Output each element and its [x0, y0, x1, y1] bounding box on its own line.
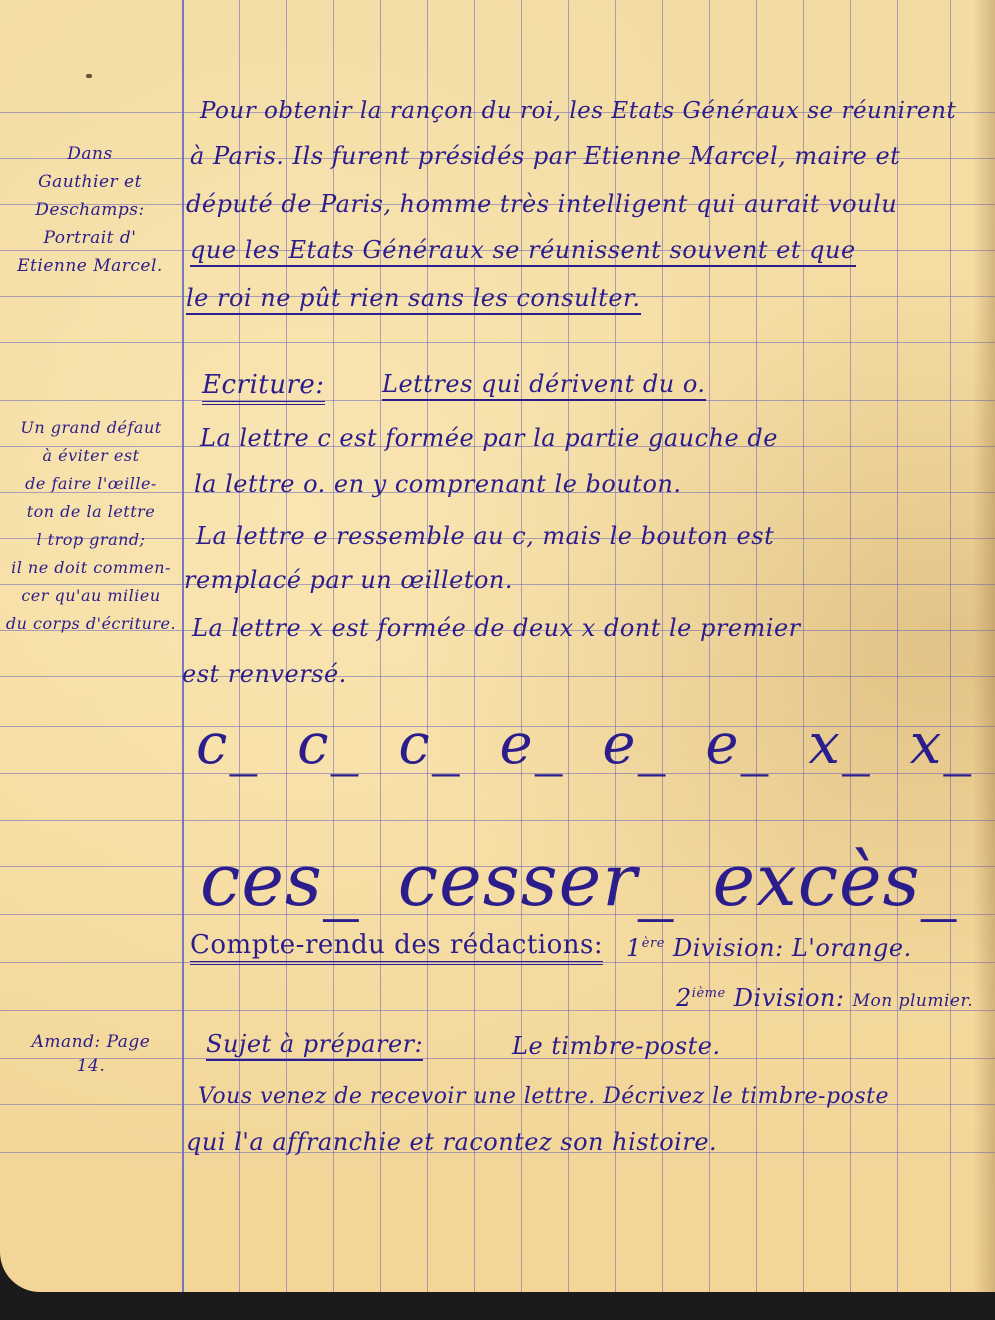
sujet-heading: Sujet à préparer:	[206, 1030, 423, 1058]
division-2-number: 2	[676, 984, 692, 1012]
margin-note-line: l trop grand;	[2, 526, 180, 554]
margin-note-line: Dans	[2, 140, 178, 168]
compte-rendu-heading-text: Compte-rendu des rédactions:	[190, 930, 603, 965]
history-line: le roi ne pût rien sans les consulter.	[186, 284, 641, 312]
practice-letters: c_ c_ c_ e_ e_ e_ x_ x_ x_	[196, 712, 995, 777]
grid-line	[0, 820, 995, 821]
margin-note-line: à éviter est	[2, 442, 180, 470]
division-1-label: Division:	[673, 934, 784, 962]
grid-line	[0, 342, 995, 343]
margin-note-line: de faire l'œille-	[2, 470, 180, 498]
history-line: que les Etats Généraux se réunissent sou…	[190, 236, 856, 264]
division-1-suffix: ère	[642, 936, 665, 951]
margin-note-line: cer qu'au milieu	[2, 582, 180, 610]
margin-note-line: il ne doit commen-	[2, 554, 180, 582]
ecriture-line: remplacé par un œilleton.	[184, 566, 513, 594]
ecriture-line: est renversé.	[182, 660, 347, 688]
margin-note-line: Amand: Page	[2, 1030, 180, 1054]
ecriture-line: La lettre e ressemble au c, mais le bout…	[196, 522, 774, 550]
ecriture-heading-text: Ecriture:	[202, 370, 325, 405]
grid-line	[950, 0, 951, 1292]
sujet-line: Vous venez de recevoir une lettre. Décri…	[198, 1084, 889, 1109]
division-2: 2ième Division: Mon plumier.	[676, 984, 973, 1012]
division-1-number: 1	[626, 934, 642, 962]
ecriture-line: la lettre o. en y comprenant le bouton.	[194, 470, 682, 498]
ecriture-subheading-text: Lettres qui dérivent du o.	[382, 370, 706, 401]
sujet-heading-text: Sujet à préparer:	[206, 1030, 423, 1061]
margin-note-line: Etienne Marcel.	[2, 252, 178, 280]
division-2-label: Division:	[734, 984, 845, 1012]
ecriture-heading: Ecriture:	[202, 370, 325, 400]
division-2-suffix: ième	[692, 986, 726, 1001]
margin-note-source: Dans Gauthier et Deschamps: Portrait d' …	[2, 140, 178, 280]
sujet-line: qui l'a affranchie et racontez son histo…	[186, 1128, 717, 1156]
margin-note-line: ton de la lettre	[2, 498, 180, 526]
margin-note-line: Portrait d'	[2, 224, 178, 252]
margin-note-writing-tip: Un grand défaut à éviter est de faire l'…	[2, 414, 180, 638]
margin-note-line: Deschamps:	[2, 196, 178, 224]
compte-rendu-heading: Compte-rendu des rédactions:	[190, 930, 603, 960]
ecriture-line: La lettre c est formée par la partie gau…	[200, 424, 778, 452]
sujet-title: Le timbre-poste.	[512, 1032, 721, 1060]
ecriture-subheading: Lettres qui dérivent du o.	[382, 370, 706, 398]
division-1-value: L'orange.	[792, 934, 912, 962]
history-line: Pour obtenir la rançon du roi, les Etats…	[200, 98, 956, 124]
history-line: député de Paris, homme très intelligent …	[186, 190, 897, 218]
division-2-value: Mon plumier.	[853, 991, 974, 1011]
margin-line	[182, 0, 184, 1292]
margin-note-line: Un grand défaut	[2, 414, 180, 442]
notebook-page: Dans Gauthier et Deschamps: Portrait d' …	[0, 0, 995, 1292]
history-line: à Paris. Ils furent présidés par Etienne…	[190, 142, 900, 170]
margin-note-page-ref: Amand: Page 14.	[2, 1030, 180, 1078]
division-1: 1ère Division: L'orange.	[626, 934, 912, 962]
grid-line	[0, 676, 995, 677]
ink-spot	[86, 74, 92, 78]
practice-words: ces_ cesser_ excès_	[200, 838, 958, 922]
margin-note-line: Gauthier et	[2, 168, 178, 196]
history-text: que les Etats Généraux se réunissent sou…	[190, 236, 856, 267]
margin-note-line: du corps d'écriture.	[2, 610, 180, 638]
history-text: le roi ne pût rien sans les consulter.	[186, 284, 641, 315]
ecriture-line: La lettre x est formée de deux x dont le…	[192, 614, 801, 642]
margin-note-line: 14.	[2, 1054, 180, 1078]
